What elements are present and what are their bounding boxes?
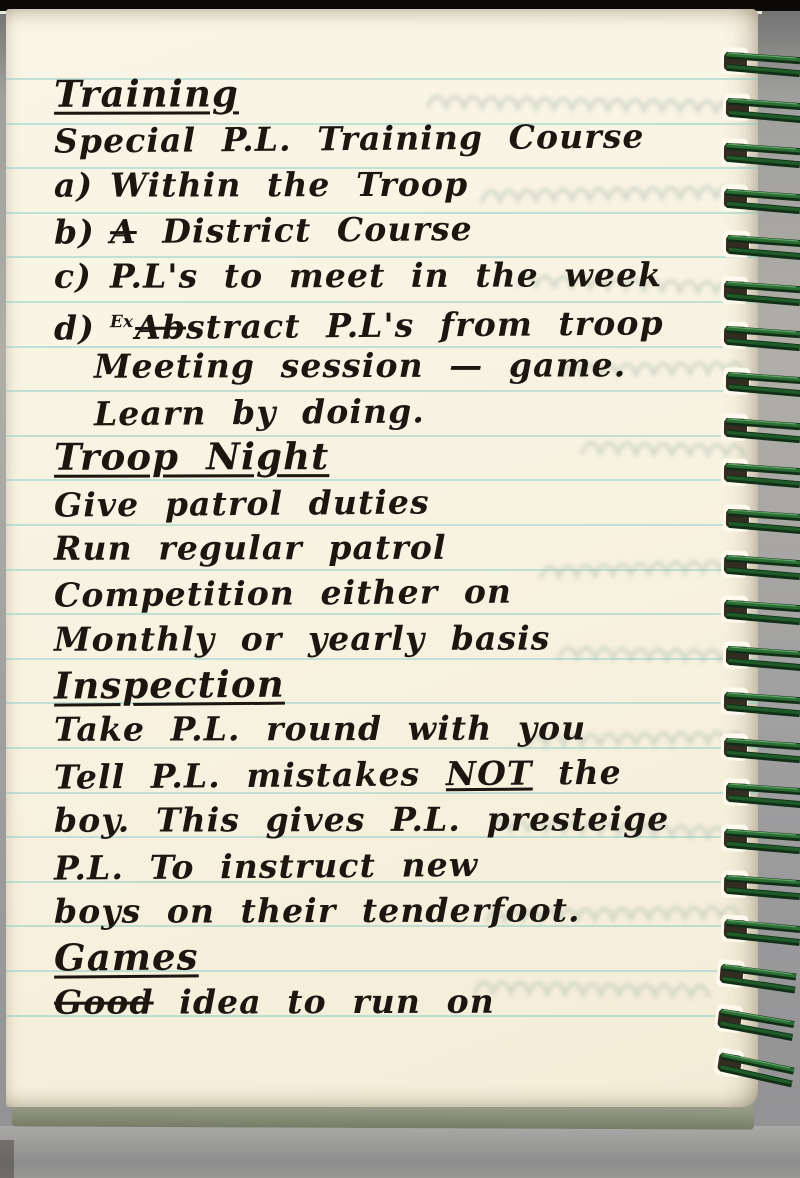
handwriting-segment: Training bbox=[54, 71, 239, 115]
handwriting-segment: Run regular patrol bbox=[54, 528, 447, 568]
handwriting-line: b)A District Course bbox=[54, 204, 670, 255]
spiral-coil bbox=[720, 864, 800, 905]
handwriting-segment: Meeting session — game. bbox=[94, 346, 626, 386]
spiral-coil bbox=[720, 270, 800, 311]
handwriting-segment: Give patrol duties bbox=[54, 482, 430, 524]
handwriting-segment: Games bbox=[54, 935, 199, 980]
handwriting-segment: Competition either on bbox=[54, 572, 512, 615]
section-heading: Training bbox=[54, 70, 669, 117]
list-marker: a) bbox=[54, 162, 110, 208]
spiral-coil bbox=[722, 224, 800, 265]
spiral-coil bbox=[722, 87, 800, 128]
spiral-coil bbox=[719, 909, 800, 952]
section-heading: Games bbox=[54, 931, 670, 982]
handwriting-line: Meeting session — game. bbox=[54, 343, 669, 390]
handwriting-segment: Inspection bbox=[54, 662, 285, 708]
scan-edge-corner bbox=[0, 1140, 14, 1178]
handwriting-segment: Within the Troop bbox=[110, 165, 468, 205]
spiral-coil bbox=[720, 544, 800, 585]
spiral-coil bbox=[720, 315, 800, 356]
section-heading: Inspection bbox=[54, 658, 670, 709]
spiral-coil bbox=[712, 997, 796, 1046]
handwriting-line: c)P.L's to meet in the week bbox=[54, 252, 669, 299]
handwriting-line: boys on their tenderfoot. bbox=[54, 887, 669, 934]
handwriting-segment: the bbox=[532, 753, 621, 793]
handwriting-segment: stract P.L's from troop bbox=[186, 303, 664, 346]
spiral-coil bbox=[720, 133, 800, 174]
handwriting-segment: Special P.L. Training Course bbox=[54, 117, 645, 161]
handwriting-segment: boys on their tenderfoot. bbox=[54, 890, 581, 930]
handwriting-line: Good idea to run on bbox=[54, 978, 669, 1025]
handwriting-segment: P.L's to meet in the week bbox=[110, 255, 662, 295]
handwriting-block: TrainingSpecial P.L. Training Coursea)Wi… bbox=[54, 71, 669, 1024]
handwriting-segment: Ab bbox=[135, 307, 186, 346]
spiral-coil bbox=[720, 178, 800, 219]
spiral-coil bbox=[722, 361, 800, 402]
handwriting-line: Monthly or yearly basis bbox=[54, 615, 669, 662]
handwriting-segment: Take P.L. round with you bbox=[54, 709, 586, 749]
spiral-coil bbox=[722, 635, 800, 676]
spiral-coil bbox=[720, 590, 800, 631]
section-heading: Troop Night bbox=[54, 433, 669, 480]
handwriting-segment: Good bbox=[54, 982, 154, 1021]
handwriting-segment: Troop Night bbox=[54, 434, 329, 479]
handwriting-segment: P.L. To instruct new bbox=[54, 845, 479, 888]
handwriting-line: Learn by doing. bbox=[54, 386, 670, 437]
spiral-coil bbox=[720, 453, 800, 494]
spiral-coil bbox=[720, 818, 800, 859]
handwriting-segment: District Course bbox=[137, 209, 473, 251]
handwriting-line: Give patrol duties bbox=[54, 477, 670, 528]
spiral-coil bbox=[720, 407, 800, 448]
handwriting-segment: boy. This gives P.L. presteige bbox=[54, 799, 669, 840]
handwriting-line: Tell P.L. mistakes NOT the bbox=[54, 749, 670, 800]
handwriting-line: Competition either on bbox=[54, 568, 670, 619]
spiral-coil bbox=[720, 681, 800, 722]
handwriting-line: P.L. To instruct new bbox=[54, 840, 670, 891]
handwriting-line: Run regular patrol bbox=[54, 524, 669, 571]
spiral-coil bbox=[720, 41, 800, 82]
spiral-coil bbox=[722, 498, 800, 539]
handwriting-segment: NOT bbox=[446, 753, 533, 793]
spiral-coil bbox=[720, 727, 800, 768]
handwriting-segment: Learn by doing. bbox=[94, 391, 425, 433]
scanner-background bbox=[0, 1126, 800, 1178]
handwriting-line: a)Within the Troop bbox=[54, 161, 669, 208]
handwriting-line: boy. This gives P.L. presteige bbox=[54, 796, 669, 843]
list-marker: c) bbox=[54, 253, 110, 299]
spiral-coil bbox=[722, 772, 800, 813]
list-marker: b) bbox=[54, 209, 110, 255]
handwriting-segment: idea to run on bbox=[154, 981, 495, 1021]
handwriting-segment: Ex bbox=[110, 312, 133, 332]
spiral-coil bbox=[715, 953, 798, 999]
notebook-page: TrainingSpecial P.L. Training Coursea)Wi… bbox=[6, 9, 758, 1107]
handwriting-segment: A bbox=[110, 212, 137, 251]
handwriting-line: d)ExAbstract P.L's from troop bbox=[54, 295, 670, 346]
handwriting-line: Special P.L. Training Course bbox=[54, 114, 670, 165]
handwriting-line: Take P.L. round with you bbox=[54, 706, 669, 753]
handwriting-segment: Tell P.L. mistakes bbox=[54, 754, 446, 796]
handwriting-segment: Monthly or yearly basis bbox=[54, 618, 551, 658]
